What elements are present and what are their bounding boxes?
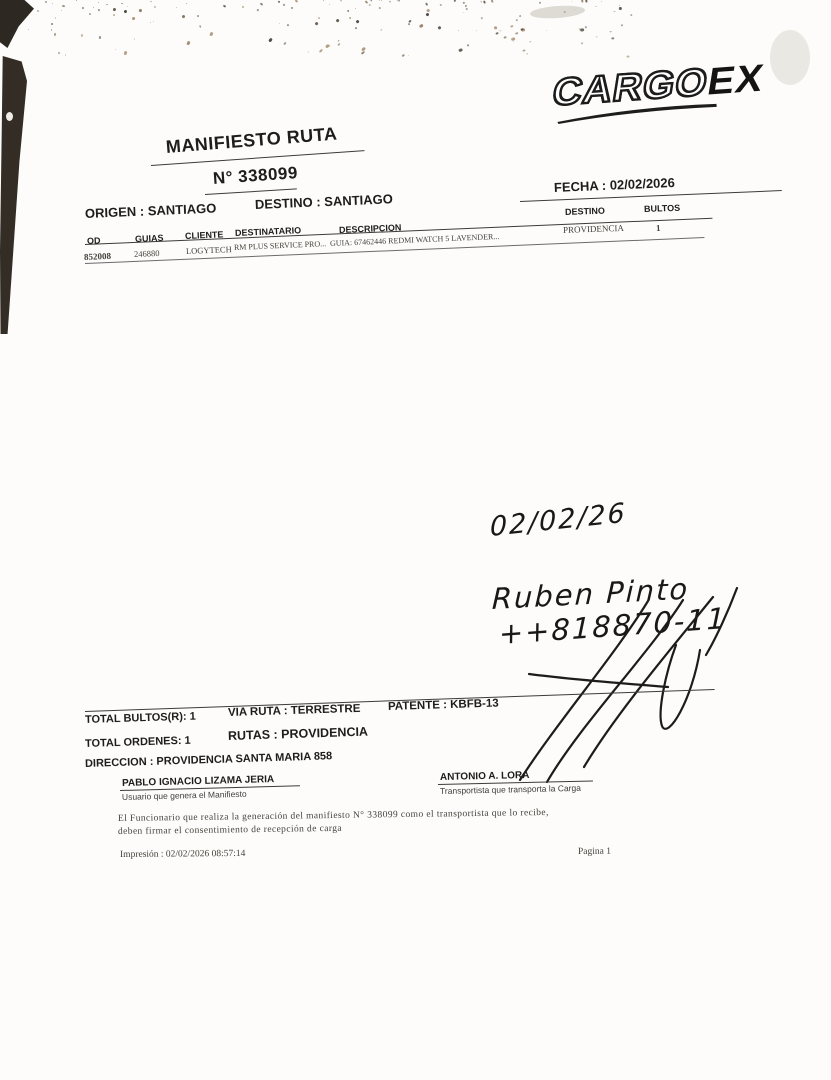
signature-scribble <box>0 0 831 1080</box>
total-ordenes: TOTAL ORDENES: 1 <box>85 735 191 750</box>
direccion: DIRECCION : PROVIDENCIA SANTA MARIA 858 <box>85 750 333 770</box>
col-header-descripcion: DESCRIPCION <box>339 223 402 235</box>
col-header-destino: DESTINO <box>565 207 605 218</box>
scan-artifact-smudge <box>770 30 810 85</box>
total-bultos: TOTAL BULTOS(R): 1 <box>85 711 196 727</box>
via-ruta: VIA RUTA : TERRESTRE <box>228 703 361 720</box>
scanned-manifest-document: CARGOEX MANIFIESTO RUTA N° 338099 FECHA … <box>0 0 831 1080</box>
transporter-role: Transportista que transporta la Carga <box>440 784 581 797</box>
col-header-bultos: BULTOS <box>644 204 680 215</box>
cell-od: 852008 <box>84 252 111 263</box>
rutas: RUTAS : PROVIDENCIA <box>228 726 368 744</box>
number-underline <box>205 188 297 195</box>
logo-ex-text: EX <box>704 57 766 103</box>
page-number: Pagina 1 <box>578 847 611 858</box>
origen-label: ORIGEN : SANTIAGO <box>85 202 217 222</box>
cell-destinatario: RM PLUS SERVICE PRO... <box>234 240 327 253</box>
cargoex-logo: CARGOEX <box>556 60 758 125</box>
fecha-label: FECHA : 02/02/2026 <box>554 176 675 195</box>
cell-bultos: 1 <box>656 224 661 234</box>
generator-role: Usuario que genera el Manifiesto <box>122 790 247 803</box>
manifest-number: N° 338099 <box>212 164 298 189</box>
legal-text-line2: deben firmar el consentimiento de recepc… <box>118 824 342 838</box>
destino-label: DESTINO : SANTIAGO <box>255 192 393 212</box>
col-header-cliente: CLIENTE <box>185 230 224 241</box>
cell-destino: PROVIDENCIA <box>563 224 624 236</box>
scan-artifact-left-edge <box>0 56 27 334</box>
cell-guias: 246880 <box>134 249 160 259</box>
patente: PATENTE : KBFB-13 <box>388 698 499 714</box>
col-header-guias: GUIAS <box>135 234 164 245</box>
col-header-destinatario: DESTINATARIO <box>235 226 302 239</box>
handwritten-date: 02/02/26 <box>490 498 627 544</box>
col-header-od: OD <box>87 236 101 246</box>
print-timestamp: Impresión : 02/02/2026 08:57:14 <box>120 849 245 861</box>
transporter-name: ANTONIO A. LORA <box>440 770 530 783</box>
cell-cliente: LOGYTECH <box>186 245 232 256</box>
legal-text-line1: El Funcionario que realiza la generación… <box>118 808 549 824</box>
scan-noise-band <box>0 0 831 70</box>
